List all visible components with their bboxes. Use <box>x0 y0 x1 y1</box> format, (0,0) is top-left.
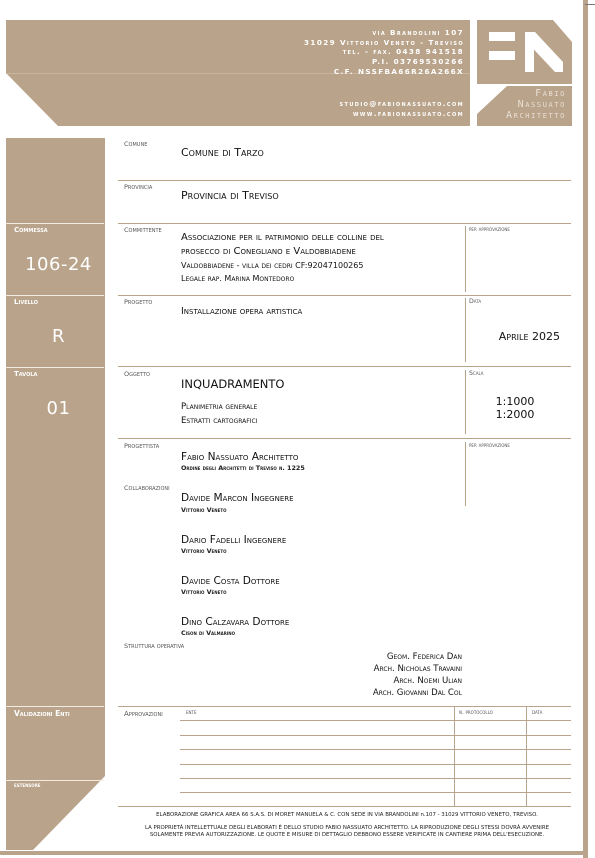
oggetto-label: Oggetto <box>124 370 150 378</box>
studio-web: studio@fabionassuato.com www.fabionassua… <box>340 99 464 118</box>
row-divider <box>118 438 571 439</box>
progettista-registration: Ordine degli Architetti di Treviso n. 12… <box>181 464 305 472</box>
studio-address: via Brandolini 107 31029 Vittorio Veneto… <box>304 28 464 77</box>
studio-email[interactable]: studio@fabionassuato.com <box>340 99 464 109</box>
tavola-label: Tavola <box>14 370 37 378</box>
column-divider <box>465 442 466 506</box>
sidebar-divider <box>6 367 104 368</box>
progettista-approval-label: per approvazione <box>469 442 510 449</box>
collaborator-name: Dario Fadelli Ingegnere <box>181 534 286 546</box>
oggetto-title: INQUADRAMENTO <box>181 377 284 391</box>
logo-wordmark: Fabio Nassuato Architetto <box>477 86 572 126</box>
provincia-label: Provincia <box>124 183 152 191</box>
column-divider <box>465 226 466 292</box>
column-header-protocollo: n. protocollo <box>459 710 493 716</box>
footer-credits: ELABORAZIONE GRAFICA AREA 66 S.A.S. DI M… <box>108 812 586 818</box>
provincia-value: Provincia di Treviso <box>181 189 279 202</box>
collaborator-name: Davide Marcon Ingegnere <box>181 492 294 504</box>
logo-text-architetto: Architetto <box>506 110 566 121</box>
sidebar <box>6 138 105 850</box>
collaborator-location: Vittorio Veneto <box>181 588 226 596</box>
commessa-label: Commessa <box>14 226 48 234</box>
address-city: 31029 Vittorio Veneto - Treviso <box>304 38 464 48</box>
table-row[interactable] <box>180 749 571 750</box>
progettista-label: Progettista <box>124 442 159 450</box>
trim-mark <box>585 4 595 5</box>
committente-name-line1: Associazione per il patrimonio delle col… <box>181 232 384 243</box>
collaborator-location: Vittorio Veneto <box>181 547 226 555</box>
address-phone: tel. - fax. 0438 941518 <box>304 47 464 57</box>
progettista-name: Fabio Nassuato Architetto <box>181 451 298 463</box>
collaborator-name: Davide Costa Dottore <box>181 575 280 587</box>
collaborator-location: Vittorio Veneto <box>181 506 226 514</box>
address-cf: C.F. NSSFBA66R26A266X <box>304 67 464 77</box>
tavola-value: 01 <box>6 398 111 419</box>
row-divider <box>118 223 571 224</box>
row-divider <box>118 180 571 181</box>
progetto-value: Installazione opera artistica <box>181 306 302 317</box>
row-divider <box>118 706 571 707</box>
livello-label: Livello <box>14 298 38 306</box>
collaborazioni-label: Collaborazioni <box>124 484 170 492</box>
footer-copyright-line1: LA PROPRIETÀ INTELLETTUALE DEGLI ELABORA… <box>108 825 586 831</box>
sidebar-divider <box>6 780 104 781</box>
logo-f-top-bar <box>489 32 515 41</box>
committente-name-line2: prosecco di Conegliano e Valdobbiadene <box>181 246 356 257</box>
table-row[interactable] <box>180 792 571 793</box>
committente-address: Valdobbiadene - villa dei cedri CF:92047… <box>181 261 363 270</box>
validazioni-label: Validazioni Enti <box>14 709 70 718</box>
logo-text-nassuato: Nassuato <box>518 99 566 110</box>
struttura-label: Struttura operativa <box>124 642 184 650</box>
sidebar-divider <box>6 295 104 296</box>
sidebar-divider <box>6 706 104 707</box>
staff-member: Arch. Noemi Ulian <box>393 676 462 686</box>
studio-website[interactable]: www.fabionassuato.com <box>340 109 464 119</box>
commessa-value: 106-24 <box>6 254 111 275</box>
page-border-right <box>583 0 588 858</box>
row-divider <box>118 806 571 807</box>
address-street: via Brandolini 107 <box>304 28 464 38</box>
row-divider <box>118 366 571 367</box>
studio-logo: Fabio Nassuato Architetto <box>477 20 572 126</box>
collaborator-location: Cison di Valmarino <box>181 629 235 637</box>
table-row[interactable] <box>180 764 571 765</box>
progetto-label: Progetto <box>124 298 152 306</box>
staff-member: Geom. Federica Dan <box>387 652 462 662</box>
committente-label: Committente <box>124 226 162 234</box>
scala-value: 1:1000 <box>470 395 560 408</box>
collaborator-name: Dino Calzavara Dottore <box>181 616 289 628</box>
footer-copyright-line2: SOLAMENTE PREVIA AUTORIZZAZIONE. LE QUOT… <box>108 832 586 838</box>
scala-values: 1:1000 1:2000 <box>470 395 560 421</box>
sidebar-divider <box>6 223 104 224</box>
livello-value: R <box>6 326 111 347</box>
data-value: Aprile 2025 <box>470 330 560 343</box>
logo-text-fabio: Fabio <box>535 88 566 99</box>
table-row[interactable] <box>180 778 571 779</box>
scala-label: Scala <box>469 370 484 377</box>
data-label: Data <box>469 298 481 305</box>
comune-value: Comune di Tarzo <box>181 146 264 159</box>
staff-member: Arch. Giovanni Dal Col <box>373 688 462 698</box>
page-border-bottom <box>0 851 588 855</box>
address-piva: P.I. 03769530266 <box>304 57 464 67</box>
column-divider <box>465 298 466 362</box>
approvazioni-label: Approvazioni <box>124 710 163 718</box>
committente-legal-rep: Legale rap. Marina Montedoro <box>181 274 294 283</box>
table-row[interactable] <box>180 735 571 736</box>
estensore-label: estensore <box>14 783 41 789</box>
table-column-divider <box>526 706 527 806</box>
committente-approval-label: per approvazione <box>469 226 510 233</box>
comune-label: Comune <box>124 140 147 148</box>
logo-monogram-fn <box>477 20 572 84</box>
oggetto-item: Estratti cartografici <box>181 416 257 426</box>
oggetto-item: Planimetria generale <box>181 402 257 412</box>
column-divider <box>465 370 466 434</box>
column-header-ente: ente <box>186 710 197 716</box>
table-row[interactable] <box>180 720 571 721</box>
table-column-divider <box>454 706 455 806</box>
scala-value: 1:2000 <box>470 408 560 421</box>
row-divider <box>118 295 571 296</box>
column-header-data: data <box>532 710 542 716</box>
staff-member: Arch. Nicholas Travaini <box>374 664 462 674</box>
logo-f-mid-bar <box>489 51 515 60</box>
